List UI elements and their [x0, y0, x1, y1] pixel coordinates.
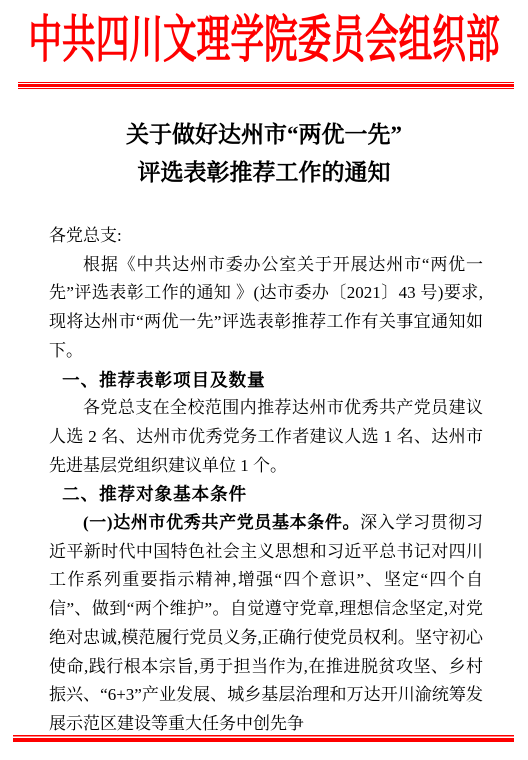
section-2-subsection-1: (一)达州市优秀共产党员基本条件。深入学习贯彻习近平新时代中国特色社会主义思想和… — [49, 509, 483, 735]
letterhead-divider-rule — [18, 82, 514, 89]
section-1-heading: 一、推荐表彰项目及数量 — [49, 366, 483, 395]
section-1-paragraph: 各党总支在全校范围内推荐达州市优秀共产党员建议人选 2 名、达州市优秀党务工作者… — [49, 394, 483, 480]
section-2-heading: 二、推荐对象基本条件 — [49, 480, 483, 509]
letterhead-issuer: 中共四川文理学院委员会组织部 — [28, 6, 499, 76]
notice-body: 各党总支: 根据《中共达州市委办公室关于开展达州市“两优一先”评选表彰工作的通知… — [49, 222, 483, 735]
notice-title-line2: 评选表彰推荐工作的通知 — [0, 154, 528, 192]
notice-title: 关于做好达州市“两优一先” 评选表彰推荐工作的通知 — [0, 116, 528, 191]
salutation: 各党总支: — [49, 222, 483, 251]
notice-title-line1: 关于做好达州市“两优一先” — [0, 116, 528, 154]
subsection-1-lead: (一)达州市优秀共产党员基本条件。 — [83, 513, 360, 532]
document-page: 中共四川文理学院委员会组织部 关于做好达州市“两优一先” 评选表彰推荐工作的通知… — [0, 0, 528, 760]
intro-paragraph: 根据《中共达州市委办公室关于开展达州市“两优一先”评选表彰工作的通知 》(达市委… — [49, 251, 483, 366]
subsection-1-body: 深入学习贯彻习近平新时代中国特色社会主义思想和习近平总书记对四川工作系列重要指示… — [49, 513, 483, 733]
page-footer-rule — [13, 735, 514, 742]
